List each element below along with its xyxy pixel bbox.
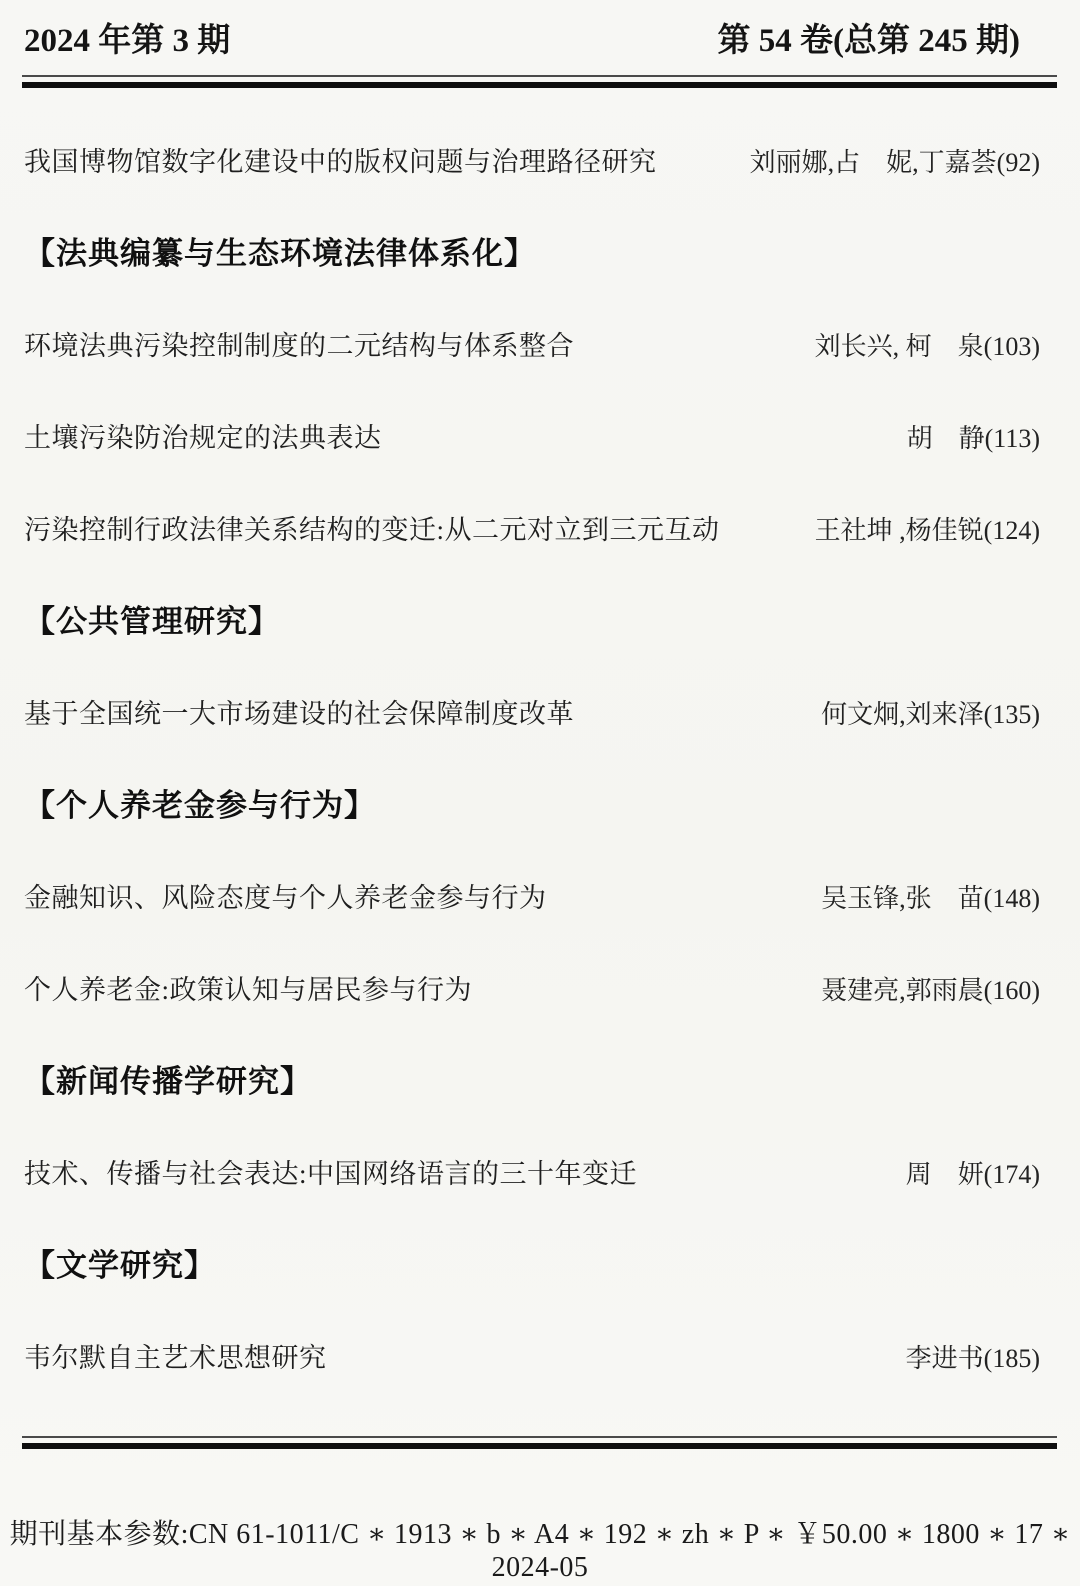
article-title: 金融知识、风险态度与个人养老金参与行为 bbox=[24, 880, 547, 916]
toc-article-row: 个人养老金:政策认知与居民参与行为 聂建亮,郭雨晨(160) bbox=[24, 972, 1040, 1008]
toc-article-row: 我国博物馆数字化建设中的版权问题与治理路径研究 刘丽娜,占 妮,丁嘉荟(92) bbox=[24, 144, 1040, 180]
toc-article-row: 土壤污染防治规定的法典表达 胡 静(113) bbox=[24, 420, 1040, 456]
toc-article-row: 污染控制行政法律关系结构的变迁:从二元对立到三元互动 王社坤 ,杨佳锐(124) bbox=[24, 512, 1040, 548]
toc-section-heading: 【公共管理研究】 bbox=[24, 604, 1040, 640]
article-page-number: (92) bbox=[997, 148, 1040, 177]
toc-article-row: 技术、传播与社会表达:中国网络语言的三十年变迁 周 妍(174) bbox=[24, 1156, 1040, 1192]
article-title: 个人养老金:政策认知与居民参与行为 bbox=[24, 972, 472, 1008]
top-rule-thin-line bbox=[22, 75, 1057, 77]
toc-section-heading: 【文学研究】 bbox=[24, 1248, 1040, 1284]
volume-label: 第 54 卷(总第 245 期) bbox=[718, 22, 1020, 60]
article-page-number: (160) bbox=[984, 976, 1040, 1005]
article-title: 环境法典污染控制制度的二元结构与体系整合 bbox=[24, 328, 574, 364]
article-title: 土壤污染防治规定的法典表达 bbox=[24, 420, 382, 456]
article-authors-page: 何文炯,刘来泽(135) bbox=[821, 697, 1040, 733]
article-title: 韦尔默自主艺术思想研究 bbox=[24, 1340, 327, 1376]
toc-list: 我国博物馆数字化建设中的版权问题与治理路径研究 刘丽娜,占 妮,丁嘉荟(92) … bbox=[0, 88, 1080, 1376]
toc-article-row: 基于全国统一大市场建设的社会保障制度改革 何文炯,刘来泽(135) bbox=[24, 696, 1040, 732]
article-authors-page: 李进书(185) bbox=[906, 1341, 1040, 1377]
journal-toc-page: 2024 年第 3 期 第 54 卷(总第 245 期) 我国博物馆数字化建设中… bbox=[0, 0, 1080, 1586]
top-double-rule bbox=[22, 75, 1057, 88]
article-title: 污染控制行政法律关系结构的变迁:从二元对立到三元互动 bbox=[24, 512, 720, 548]
article-authors: 聂建亮,郭雨晨 bbox=[821, 976, 984, 1005]
article-authors: 吴玉锋,张 苗 bbox=[821, 884, 984, 913]
article-authors-page: 胡 静(113) bbox=[907, 421, 1040, 457]
toc-article-row: 韦尔默自主艺术思想研究 李进书(185) bbox=[24, 1340, 1040, 1376]
article-authors: 刘丽娜,占 妮,丁嘉荟 bbox=[750, 148, 997, 177]
article-title: 技术、传播与社会表达:中国网络语言的三十年变迁 bbox=[24, 1156, 637, 1192]
toc-section-heading: 【个人养老金参与行为】 bbox=[24, 788, 1040, 824]
toc-article-row: 环境法典污染控制制度的二元结构与体系整合 刘长兴, 柯 泉(103) bbox=[24, 328, 1040, 364]
toc-section-heading: 【新闻传播学研究】 bbox=[24, 1064, 1040, 1100]
article-title: 基于全国统一大市场建设的社会保障制度改革 bbox=[24, 696, 574, 732]
bottom-double-rule bbox=[22, 1436, 1057, 1449]
article-page-number: (113) bbox=[985, 424, 1040, 453]
article-page-number: (174) bbox=[984, 1160, 1040, 1189]
article-authors-page: 吴玉锋,张 苗(148) bbox=[821, 881, 1040, 917]
issue-label: 2024 年第 3 期 bbox=[24, 22, 230, 60]
article-page-number: (135) bbox=[984, 700, 1040, 729]
bottom-rule-thick-line bbox=[22, 1443, 1057, 1449]
toc-article-row: 金融知识、风险态度与个人养老金参与行为 吴玉锋,张 苗(148) bbox=[24, 880, 1040, 916]
section-title: 【个人养老金参与行为】 bbox=[24, 788, 376, 824]
article-page-number: (103) bbox=[984, 332, 1040, 361]
article-authors: 李进书 bbox=[906, 1344, 984, 1373]
section-title: 【法典编纂与生态环境法律体系化】 bbox=[24, 236, 536, 272]
article-authors: 王社坤 ,杨佳锐 bbox=[815, 516, 984, 545]
article-authors-page: 周 妍(174) bbox=[906, 1157, 1040, 1193]
section-title: 【公共管理研究】 bbox=[24, 604, 280, 640]
toc-section-heading: 【法典编纂与生态环境法律体系化】 bbox=[24, 236, 1040, 272]
article-authors: 刘长兴, 柯 泉 bbox=[815, 332, 984, 361]
article-page-number: (148) bbox=[984, 884, 1040, 913]
journal-parameters: 期刊基本参数:CN 61-1011/C ∗ 1913 ∗ b ∗ A4 ∗ 19… bbox=[0, 1512, 1080, 1584]
article-authors: 何文炯,刘来泽 bbox=[821, 700, 984, 729]
article-authors-page: 王社坤 ,杨佳锐(124) bbox=[815, 513, 1040, 549]
article-authors-page: 刘长兴, 柯 泉(103) bbox=[815, 329, 1040, 365]
article-authors-page: 聂建亮,郭雨晨(160) bbox=[821, 973, 1040, 1009]
article-authors-page: 刘丽娜,占 妮,丁嘉荟(92) bbox=[750, 145, 1040, 181]
section-title: 【文学研究】 bbox=[24, 1248, 216, 1284]
page-header: 2024 年第 3 期 第 54 卷(总第 245 期) bbox=[0, 0, 1080, 60]
article-page-number: (185) bbox=[984, 1344, 1040, 1373]
article-authors: 胡 静 bbox=[907, 424, 985, 453]
bottom-rule-thin-line bbox=[22, 1436, 1057, 1438]
article-page-number: (124) bbox=[984, 516, 1040, 545]
article-title: 我国博物馆数字化建设中的版权问题与治理路径研究 bbox=[24, 144, 657, 180]
article-authors: 周 妍 bbox=[906, 1160, 984, 1189]
section-title: 【新闻传播学研究】 bbox=[24, 1064, 312, 1100]
